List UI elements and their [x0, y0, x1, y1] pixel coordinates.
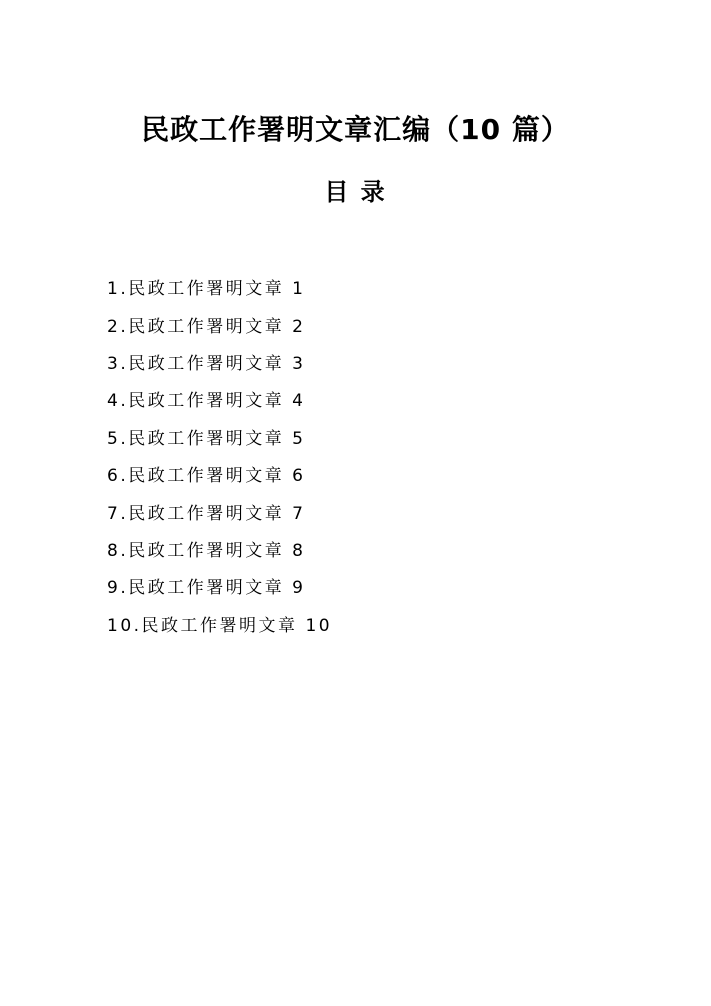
toc-item[interactable]: 3.民政工作署明文章 3: [107, 343, 671, 380]
toc-item[interactable]: 10.民政工作署明文章 10: [107, 605, 671, 642]
toc-heading: 目 录: [0, 175, 711, 209]
document-page: 民政工作署明文章汇编（10 篇） 目 录 1.民政工作署明文章 1 2.民政工作…: [0, 0, 711, 1006]
toc-item[interactable]: 2.民政工作署明文章 2: [107, 305, 671, 342]
toc-item[interactable]: 5.民政工作署明文章 5: [107, 418, 671, 455]
toc-item[interactable]: 4.民政工作署明文章 4: [107, 380, 671, 417]
toc-item[interactable]: 8.民政工作署明文章 8: [107, 530, 671, 567]
document-title: 民政工作署明文章汇编（10 篇）: [0, 0, 711, 150]
toc-item[interactable]: 6.民政工作署明文章 6: [107, 455, 671, 492]
toc-item[interactable]: 7.民政工作署明文章 7: [107, 492, 671, 529]
toc-item[interactable]: 1.民政工作署明文章 1: [107, 268, 671, 305]
toc-item[interactable]: 9.民政工作署明文章 9: [107, 567, 671, 604]
toc-list: 1.民政工作署明文章 1 2.民政工作署明文章 2 3.民政工作署明文章 3 4…: [0, 268, 711, 642]
